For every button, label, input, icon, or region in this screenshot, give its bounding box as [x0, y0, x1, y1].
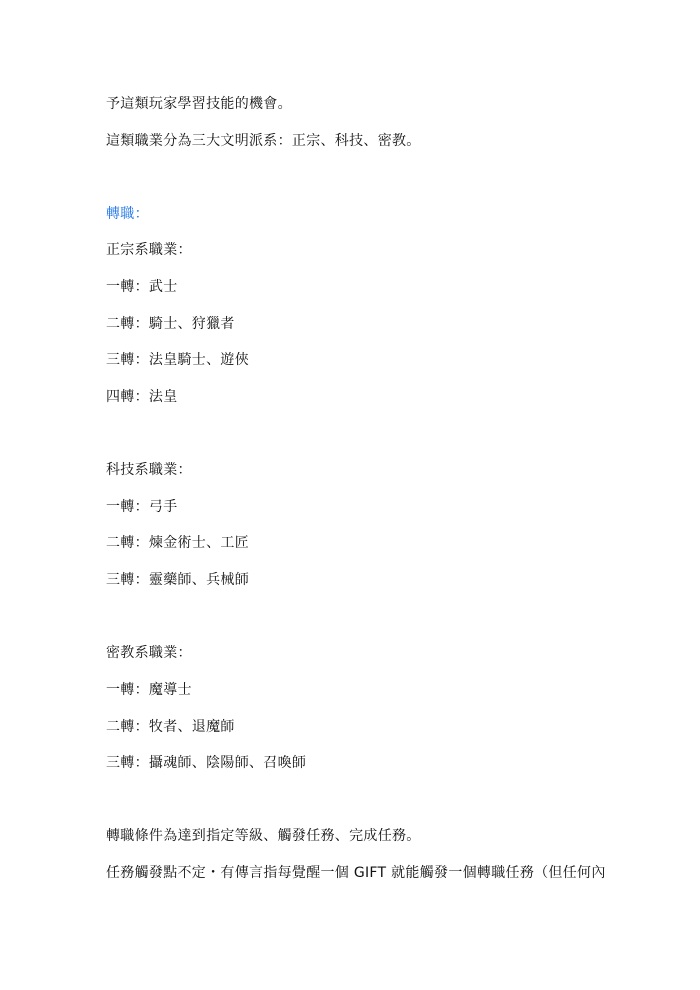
branch-esoteric-title: 密教系職業： — [106, 644, 192, 662]
branch-orthodox-tier-4: 四轉：法皇 — [106, 388, 178, 406]
closing-line-2: 任務觸發點不定・有傳言指每覺醒一個 GIFT 就能觸發一個轉職任務（但任何內 — [106, 864, 606, 882]
intro-line-1: 予這類玩家學習技能的機會。 — [106, 95, 292, 113]
branch-tech-title: 科技系職業： — [106, 461, 192, 479]
branch-orthodox-tier-3: 三轉：法皇騎士、遊俠 — [106, 351, 249, 369]
branch-orthodox-tier-1: 一轉：武士 — [106, 278, 178, 296]
intro-line-2: 這類職業分為三大文明派系：正宗、科技、密教。 — [106, 132, 421, 150]
branch-esoteric-tier-2: 二轉：牧者、退魔師 — [106, 718, 235, 736]
closing-line-1: 轉職條件為達到指定等級、觸發任務、完成任務。 — [106, 827, 421, 845]
branch-esoteric-tier-1: 一轉：魔導士 — [106, 681, 192, 699]
section-heading-job-change: 轉職： — [106, 205, 149, 223]
branch-tech-tier-1: 一轉：弓手 — [106, 498, 178, 516]
branch-orthodox-tier-2: 二轉：騎士、狩獵者 — [106, 315, 235, 333]
branch-tech-tier-2: 二轉：煉金術士、工匠 — [106, 534, 249, 552]
branch-esoteric-tier-3: 三轉：攝魂師、陰陽師、召喚師 — [106, 754, 306, 772]
document-page: 予這類玩家學習技能的機會。 這類職業分為三大文明派系：正宗、科技、密教。 轉職：… — [0, 0, 700, 990]
branch-orthodox-title: 正宗系職業： — [106, 241, 192, 259]
branch-tech-tier-3: 三轉：靈藥師、兵械師 — [106, 571, 249, 589]
